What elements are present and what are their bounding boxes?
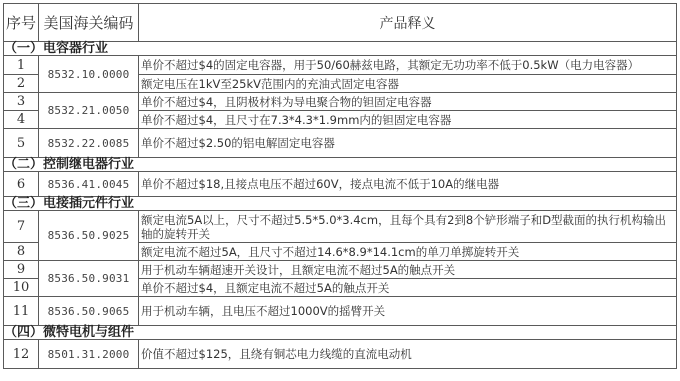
section-row: （二）控制继电器行业 xyxy=(4,158,677,172)
table-row: 12 8501.31.2000 价值不超过$125，且绕有铜芯电力线缆的直流电动… xyxy=(4,340,677,369)
table-row: 9 8536.50.9031 用于机动车辆超速开关设计，且额定电流不超过5A的触… xyxy=(4,261,677,279)
row-number: 7 xyxy=(4,211,39,243)
customs-code: 8536.50.9025 xyxy=(39,211,139,261)
product-description: 用于机动车辆超速开关设计，且额定电流不超过5A的触点开关 xyxy=(139,261,677,279)
customs-code: 8501.31.2000 xyxy=(39,340,139,369)
row-number: 5 xyxy=(4,129,39,158)
row-number: 8 xyxy=(4,243,39,261)
customs-code: 8536.50.9031 xyxy=(39,261,139,297)
product-description: 额定电流不超过5A，且尺寸不超过14.6*8.9*14.1cm的单刀单掷旋转开关 xyxy=(139,243,677,261)
header-row: 序号 美国海关编码 产品释义 xyxy=(4,4,677,42)
table-row: 1 8532.10.0000 单价不超过$4的固定电容器，用于50/60赫兹电路… xyxy=(4,56,677,75)
customs-code: 8536.50.9065 xyxy=(39,297,139,326)
product-description: 额定电流5A以上，尺寸不超过5.5*5.0*3.4cm，且每个具有2到8个铲形端… xyxy=(139,211,677,243)
customs-code: 8536.41.0045 xyxy=(39,172,139,197)
row-number: 6 xyxy=(4,172,39,197)
section-row: （四）微特电机与组件 xyxy=(4,326,677,340)
product-description: 单价不超过$4，且尺寸在7.3*4.3*1.9mm内的钽固定电容器 xyxy=(139,111,677,129)
product-description: 用于机动车辆，且电压不超过1000V的摇臂开关 xyxy=(139,297,677,326)
row-number: 3 xyxy=(4,93,39,111)
row-number: 9 xyxy=(4,261,39,279)
section-row: （一）电容器行业 xyxy=(4,42,677,56)
section-title: （二）控制继电器行业 xyxy=(4,158,677,172)
product-description: 额定电压在1kV至25kV范围内的充油式固定电容器 xyxy=(139,75,677,93)
row-number: 11 xyxy=(4,297,39,326)
section-row: （三）电接插元件行业 xyxy=(4,197,677,211)
header-code: 美国海关编码 xyxy=(39,4,139,42)
section-title: （三）电接插元件行业 xyxy=(4,197,677,211)
product-description: 单价不超过$18,且接点电压不超过60V，接点电流不低于10A的继电器 xyxy=(139,172,677,197)
table-row: 3 8532.21.0050 单价不超过$4，且阴极材料为导电聚合物的钽固定电容… xyxy=(4,93,677,111)
product-description: 价值不超过$125，且绕有铜芯电力线缆的直流电动机 xyxy=(139,340,677,369)
table-row: 11 8536.50.9065 用于机动车辆，且电压不超过1000V的摇臂开关 xyxy=(4,297,677,326)
section-title: （一）电容器行业 xyxy=(4,42,677,56)
row-number: 4 xyxy=(4,111,39,129)
row-number: 10 xyxy=(4,279,39,297)
customs-code: 8532.21.0050 xyxy=(39,93,139,129)
row-number: 12 xyxy=(4,340,39,369)
table-row: 7 8536.50.9025 额定电流5A以上，尺寸不超过5.5*5.0*3.4… xyxy=(4,211,677,243)
table-row: 6 8536.41.0045 单价不超过$18,且接点电压不超过60V，接点电流… xyxy=(4,172,677,197)
product-description: 单价不超过$4的固定电容器，用于50/60赫兹电路，其额定无功功率不低于0.5k… xyxy=(139,56,677,75)
header-index: 序号 xyxy=(4,4,39,42)
product-description: 单价不超过$4，且阴极材料为导电聚合物的钽固定电容器 xyxy=(139,93,677,111)
header-description: 产品释义 xyxy=(139,4,677,42)
row-number: 1 xyxy=(4,56,39,75)
row-number: 2 xyxy=(4,75,39,93)
customs-code: 8532.10.0000 xyxy=(39,56,139,93)
tariff-table-container: 序号 美国海关编码 产品释义 （一）电容器行业 1 8532.10.0000 单… xyxy=(3,3,676,369)
tariff-table: 序号 美国海关编码 产品释义 （一）电容器行业 1 8532.10.0000 单… xyxy=(3,3,677,369)
section-title: （四）微特电机与组件 xyxy=(4,326,677,340)
product-description: 单价不超过$4，且额定电流不超过5A的触点开关 xyxy=(139,279,677,297)
product-description: 单价不超过$2.50的铝电解固定电容器 xyxy=(139,129,677,158)
customs-code: 8532.22.0085 xyxy=(39,129,139,158)
table-row: 5 8532.22.0085 单价不超过$2.50的铝电解固定电容器 xyxy=(4,129,677,158)
